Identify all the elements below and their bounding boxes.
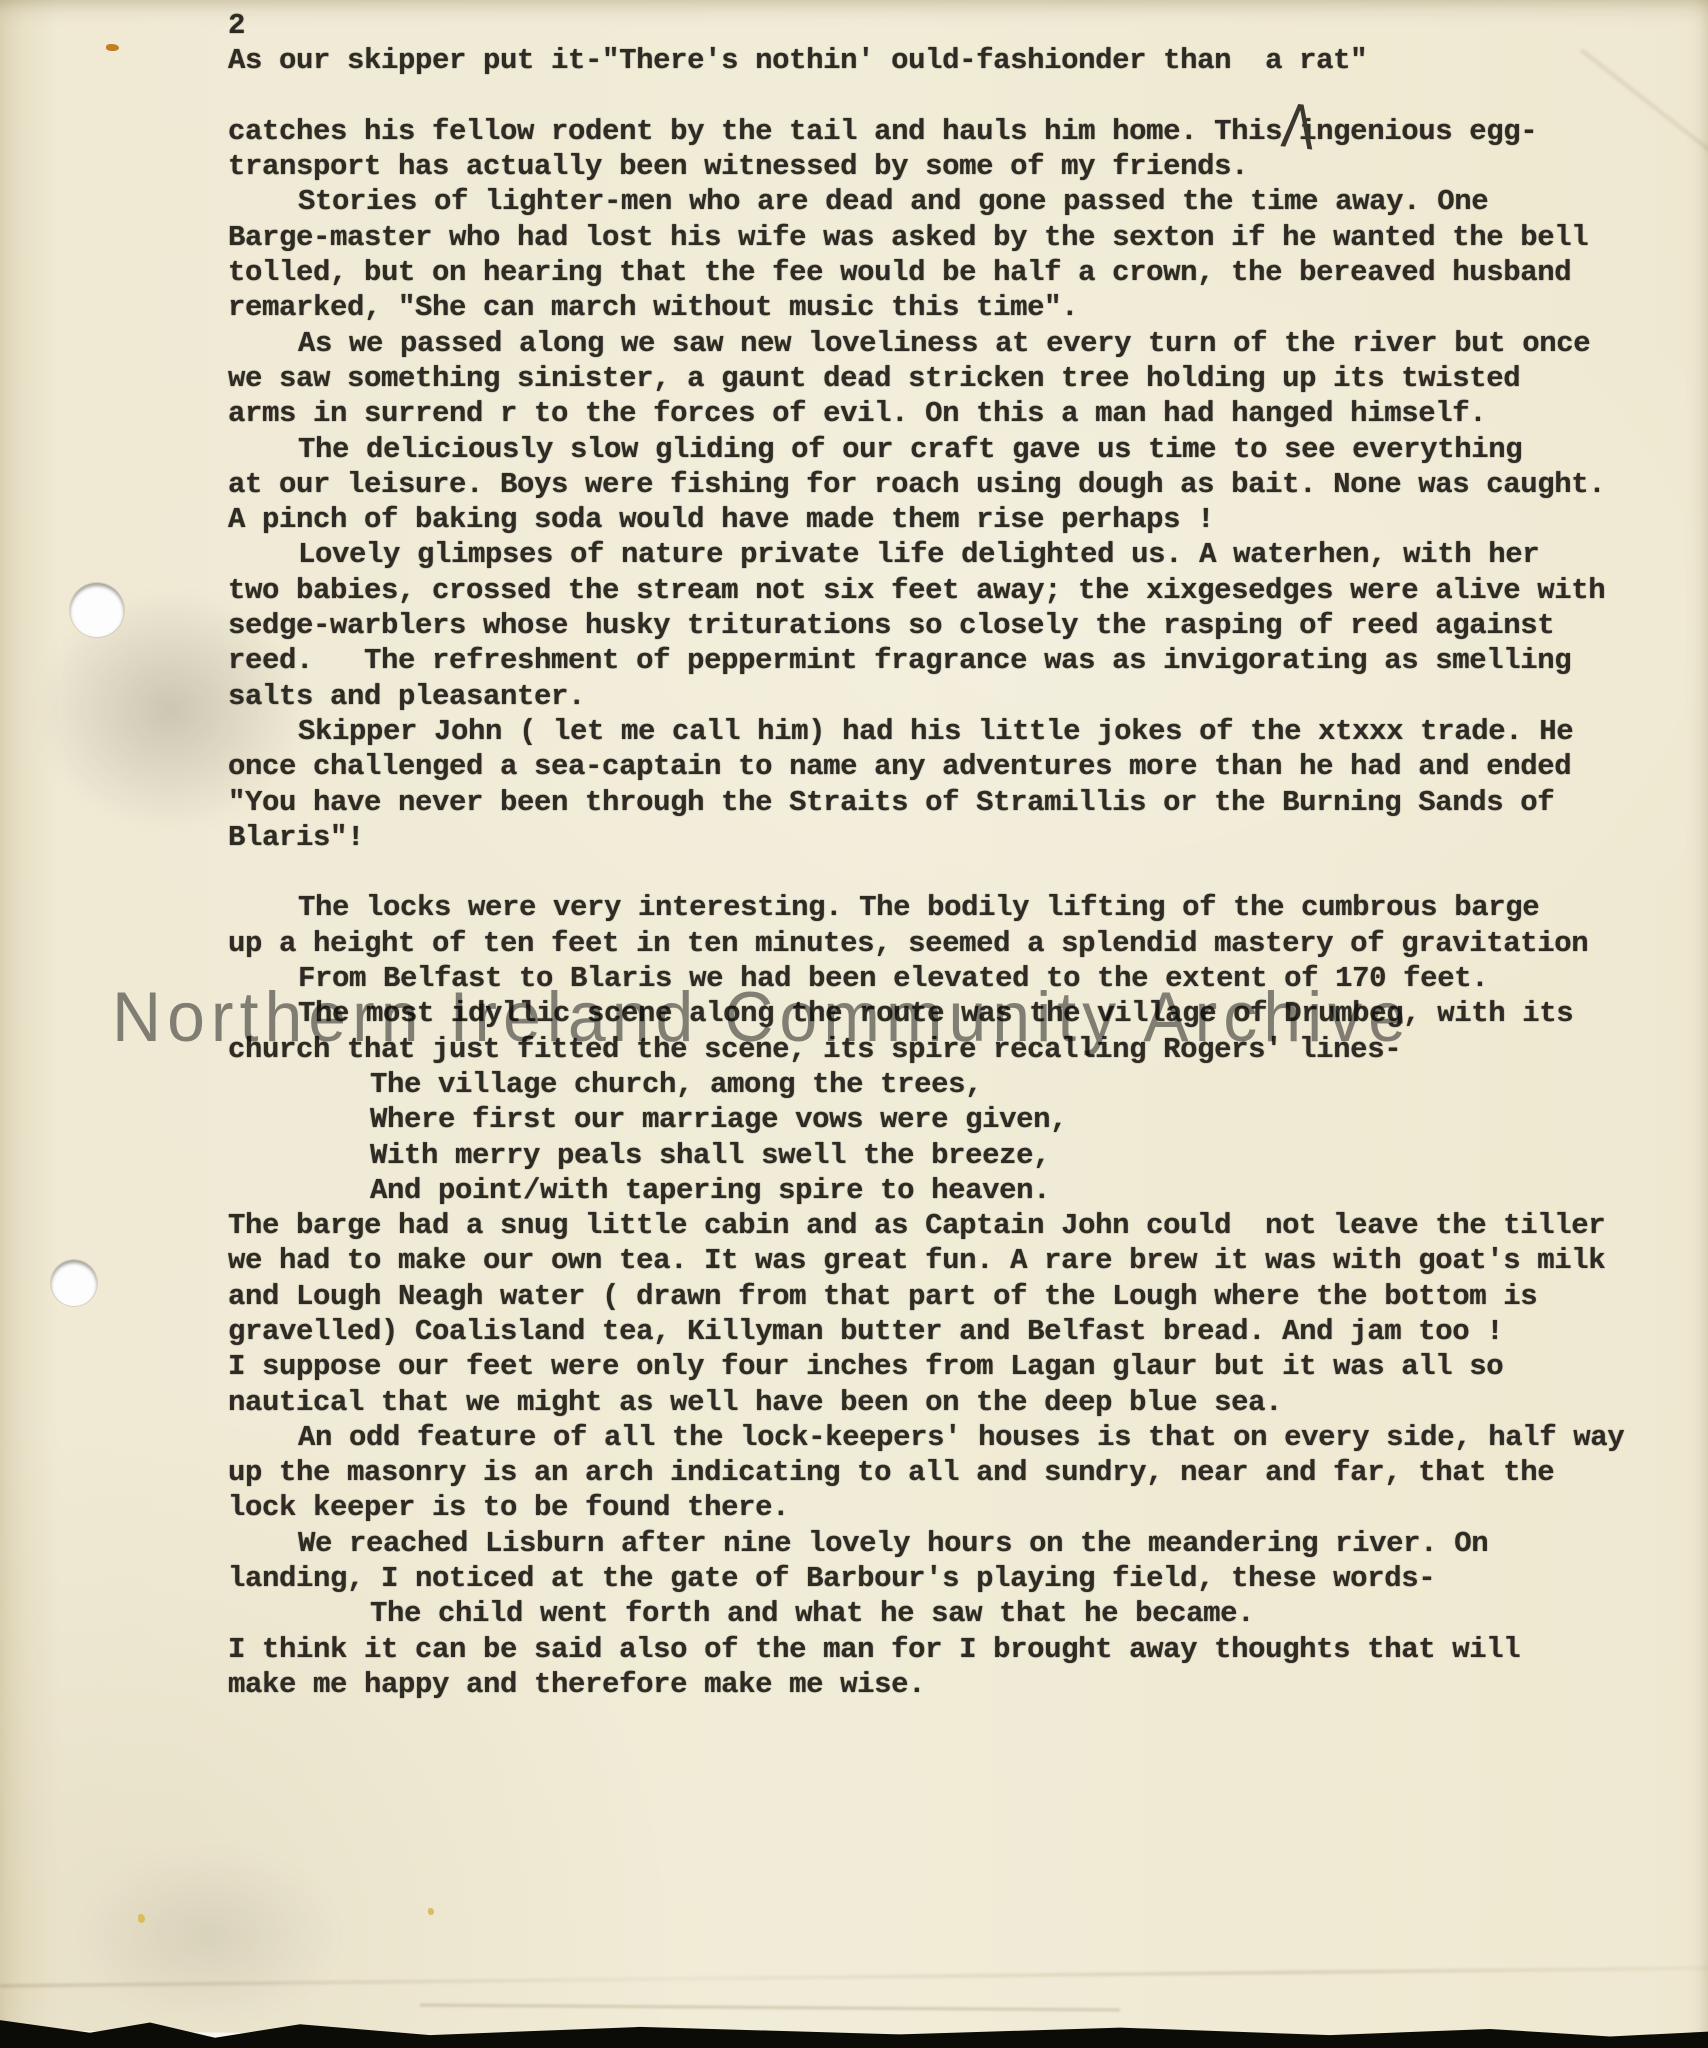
text-line: tolled, but on hearing that the fee woul… (228, 255, 1648, 290)
paper-crease (420, 2004, 1120, 2012)
text-line: landing, I noticed at the gate of Barbou… (228, 1561, 1648, 1596)
text-line: The locks were very interesting. The bod… (228, 890, 1648, 925)
text-line: two babies, crossed the stream not six f… (228, 573, 1648, 608)
punch-hole-top (70, 583, 124, 637)
text-line: we had to make our own tea. It was great… (228, 1243, 1648, 1278)
text-line: "You have never been through the Straits… (228, 785, 1648, 820)
text-line: at our leisure. Boys were fishing for ro… (228, 467, 1648, 502)
text-line: transport has actually been witnessed by… (228, 149, 1648, 184)
paper-speck (428, 1908, 434, 1915)
text-line: And point/with tapering spire to heaven. (228, 1173, 1648, 1208)
paper-sheet: 2As our skipper put it-"There's nothin' … (0, 0, 1708, 2048)
blank-line (228, 79, 1648, 114)
text-line: Blaris"! (228, 820, 1648, 855)
text-line: I think it can be said also of the man f… (228, 1632, 1648, 1667)
text-line: and Lough Neagh water ( drawn from that … (228, 1279, 1648, 1314)
paper-speck (138, 1914, 145, 1923)
text-line: Skipper John ( let me call him) had his … (228, 714, 1648, 749)
text-line: The deliciously slow gliding of our craf… (228, 432, 1648, 467)
text-line: I suppose our feet were only four inches… (228, 1349, 1648, 1384)
text-line: Lovely glimpses of nature private life d… (228, 537, 1648, 572)
bottom-smudge-stain (80, 1850, 340, 2020)
text-line: With merry peals shall swell the breeze, (228, 1138, 1648, 1173)
text-line: Where first our marriage vows were given… (228, 1102, 1648, 1137)
text-line: sedge-warblers whose husky triturations … (228, 608, 1648, 643)
text-line: remarked, "She can march without music t… (228, 290, 1648, 325)
text-line: we saw something sinister, a gaunt dead … (228, 361, 1648, 396)
text-line: lock keeper is to be found there. (228, 1490, 1648, 1525)
text-line: As our skipper put it-"There's nothin' o… (228, 43, 1648, 78)
text-line: up a height of ten feet in ten minutes, … (228, 926, 1648, 961)
text-line: nautical that we might as well have been… (228, 1385, 1648, 1420)
text-line: catches his fellow rodent by the tail an… (228, 114, 1648, 149)
text-line: We reached Lisburn after nine lovely hou… (228, 1526, 1648, 1561)
text-line: once challenged a sea-captain to name an… (228, 749, 1648, 784)
text-line: As we passed along we saw new loveliness… (228, 326, 1648, 361)
ink-speck (106, 44, 119, 51)
text-line: salts and pleasanter. (228, 679, 1648, 714)
text-line: The village church, among the trees, (228, 1067, 1648, 1102)
punch-hole-bottom (51, 1260, 97, 1306)
insertion-caret-mark: Λ (1279, 96, 1318, 159)
text-line: make me happy and therefore make me wise… (228, 1667, 1648, 1702)
archive-watermark: Northern Ireland Community Archive (112, 976, 1632, 1057)
text-line: An odd feature of all the lock-keepers' … (228, 1420, 1648, 1455)
typewritten-text: 2As our skipper put it-"There's nothin' … (228, 8, 1648, 1702)
text-line: The barge had a snug little cabin and as… (228, 1208, 1648, 1243)
text-line: reed. The refreshment of peppermint frag… (228, 643, 1648, 678)
blank-line (228, 855, 1648, 890)
text-line: 2 (228, 8, 1648, 43)
scan-background-edge (0, 2014, 1708, 2048)
text-line: arms in surrend r to the forces of evil.… (228, 396, 1648, 431)
text-line: up the masonry is an arch indicating to … (228, 1455, 1648, 1490)
text-line: The child went forth and what he saw tha… (228, 1596, 1648, 1631)
text-line: A pinch of baking soda would have made t… (228, 502, 1648, 537)
text-line: gravelled) Coalisland tea, Killyman butt… (228, 1314, 1648, 1349)
text-line: Barge-master who had lost his wife was a… (228, 220, 1648, 255)
text-line: Stories of lighter-men who are dead and … (228, 184, 1648, 219)
scanned-document-screenshot: { "page": { "number": "2", "colors": { "… (0, 0, 1708, 2048)
